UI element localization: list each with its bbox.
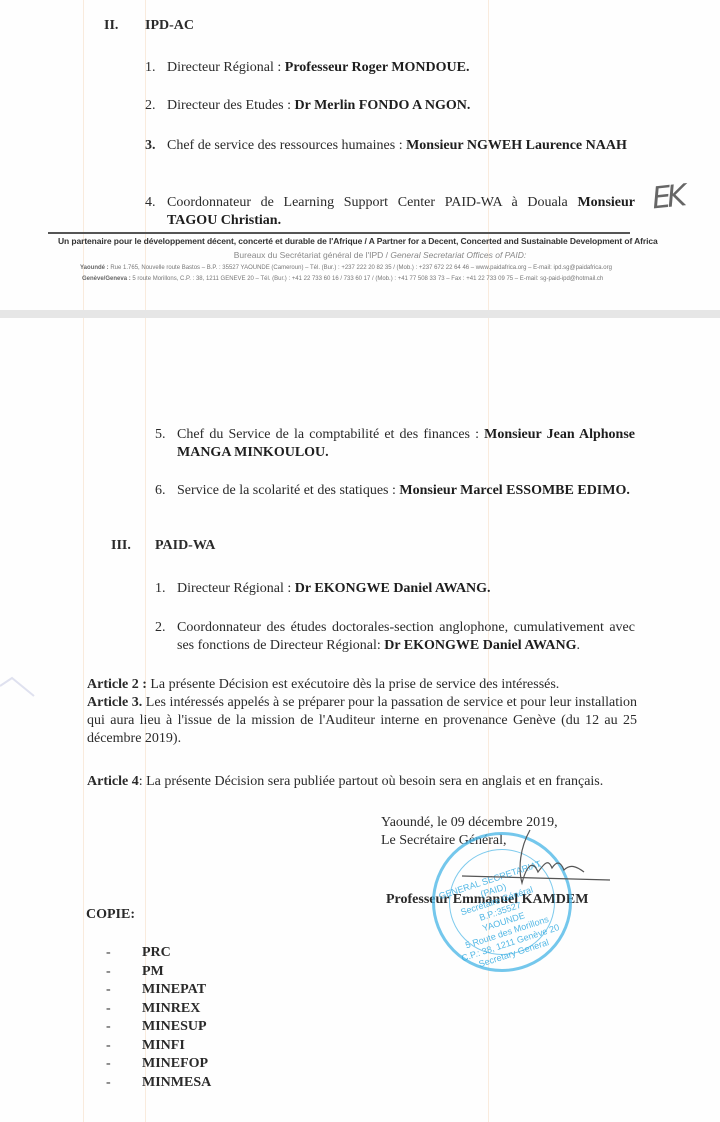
item-role: Chef du Service de la comptabilité et de… (177, 427, 484, 442)
handwritten-initials: EK (650, 178, 684, 216)
footer-offices-heading: Bureaux du Secrétariat général de l'IPD … (0, 250, 720, 260)
copie-recipients-list: -PRC -PM -MINEPAT -MINREX -MINESUP -MINF… (106, 944, 211, 1092)
item-name: Professeur Roger MONDOUE. (285, 60, 470, 75)
list-item: -MINEPAT (106, 981, 211, 1000)
footer-address-yaounde: Yaoundé : Rue 1.765, Nouvelle route Bast… (80, 265, 640, 271)
signatory-name: Professeur Emmanuel KAMDEM (386, 891, 588, 909)
section-numeral: III. (111, 538, 131, 554)
item-number: 6. (155, 482, 166, 500)
list-item: -MINFI (106, 1037, 211, 1056)
section-title: IPD-AC (145, 18, 194, 34)
list-item: 2. Coordonnateur des études doctorales-s… (155, 619, 635, 655)
scan-artifact-line (488, 0, 489, 310)
article-4: Article 4: La présente Décision sera pub… (87, 773, 647, 791)
list-item: -MINEFOP (106, 1055, 211, 1074)
scanned-page-2: 5. Chef du Service de la comptabilité et… (0, 318, 720, 1122)
item-number: 3. (145, 137, 156, 155)
item-name: Dr Merlin FONDO A NGON. (295, 98, 471, 113)
list-item: 2. Directeur des Etudes : Dr Merlin FOND… (145, 97, 635, 115)
item-name: Monsieur NGWEH Laurence NAAH (406, 138, 627, 153)
list-item: 3. Chef de service des ressources humain… (145, 137, 635, 155)
list-item: 1. Directeur Régional : Professeur Roger… (145, 59, 635, 77)
list-item: 6. Service de la scolarité et des statiq… (155, 482, 635, 500)
item-name: Dr EKONGWE Daniel AWANG (384, 638, 576, 653)
list-item: -MINREX (106, 1000, 211, 1019)
section-title: PAID-WA (155, 538, 215, 554)
scan-artifact-line (83, 318, 84, 1122)
item-number: 1. (145, 59, 156, 77)
list-item: -MINMESA (106, 1074, 211, 1093)
footer-tagline: Un partenaire pour le développement déce… (58, 236, 668, 246)
item-number: 5. (155, 426, 166, 444)
list-item: 5. Chef du Service de la comptabilité et… (155, 426, 635, 462)
item-number: 4. (145, 194, 156, 212)
item-name: Dr EKONGWE Daniel AWANG. (295, 581, 491, 596)
item-name: Monsieur Marcel ESSOMBE EDIMO. (399, 483, 629, 498)
page-separator (0, 310, 720, 318)
section-numeral: II. (104, 18, 118, 34)
copie-heading: COPIE: (86, 907, 135, 923)
item-role: Directeur Régional : (177, 581, 295, 596)
list-item: -MINESUP (106, 1018, 211, 1037)
item-role: Directeur Régional : (167, 60, 285, 75)
handwritten-signature (460, 828, 620, 888)
item-number: 2. (155, 619, 166, 637)
item-role: Chef de service des ressources humaines … (167, 138, 406, 153)
list-item: 1. Directeur Régional : Dr EKONGWE Danie… (155, 580, 635, 598)
list-item: -PRC (106, 944, 211, 963)
article-2: Article 2 : La présente Décision est exé… (87, 676, 637, 694)
article-3: Article 3. Les intéressés appelés à se p… (87, 694, 637, 748)
scan-artifact-line (145, 0, 146, 310)
list-item: 4. Coordonnateur de Learning Support Cen… (145, 194, 635, 230)
scan-smudge (0, 658, 60, 698)
item-role: Service de la scolarité et des statiques… (177, 483, 399, 498)
item-number: 2. (145, 97, 156, 115)
footer-address-geneve: Genève/Geneva : 5 route Morillons, C.P. … (82, 276, 642, 282)
item-role: Coordonnateur de Learning Support Center… (167, 195, 577, 210)
scan-artifact-line (83, 0, 84, 310)
item-number: 1. (155, 580, 166, 598)
list-item: -PM (106, 963, 211, 982)
scanned-page-1: II. IPD-AC 1. Directeur Régional : Profe… (0, 0, 720, 311)
footer-divider (48, 232, 630, 234)
item-role: Directeur des Etudes : (167, 98, 295, 113)
